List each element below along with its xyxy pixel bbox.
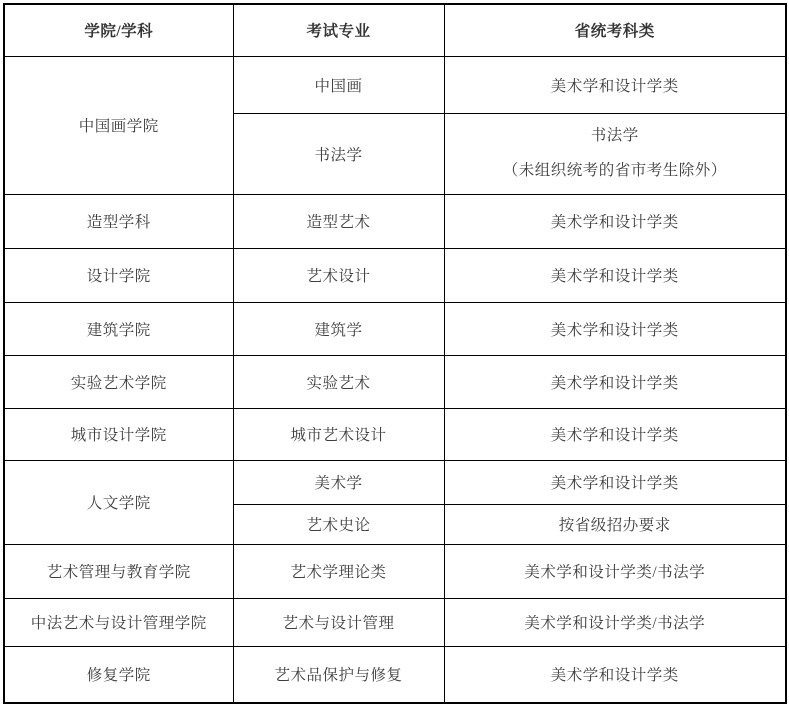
cell-college: 中国画学院 xyxy=(4,56,233,194)
cell-category: 美术学和设计学类 xyxy=(444,56,786,113)
table-row: 建筑学院 建筑学 美术学和设计学类 xyxy=(4,302,786,355)
cell-category: 美术学和设计学类 xyxy=(444,646,786,703)
cell-college: 人文学院 xyxy=(4,460,233,544)
table-row: 人文学院 美术学 美术学和设计学类 xyxy=(4,460,786,504)
category-line-2: （未组织统考的省市考生除外） xyxy=(451,160,780,182)
cell-major: 艺术与设计管理 xyxy=(233,598,444,646)
cell-category: 美术学和设计学类 xyxy=(444,248,786,302)
header-exam-major: 考试专业 xyxy=(233,4,444,56)
cell-major: 实验艺术 xyxy=(233,355,444,408)
header-row: 学院/学科 考试专业 省统考科类 xyxy=(4,4,786,56)
cell-category: 美术学和设计学类 xyxy=(444,302,786,355)
table-row: 中法艺术与设计管理学院 艺术与设计管理 美术学和设计学类/书法学 xyxy=(4,598,786,646)
table-row: 城市设计学院 城市艺术设计 美术学和设计学类 xyxy=(4,408,786,460)
table-row: 中国画学院 中国画 美术学和设计学类 xyxy=(4,56,786,113)
cell-major: 城市艺术设计 xyxy=(233,408,444,460)
cell-college: 艺术管理与教育学院 xyxy=(4,544,233,598)
table-row: 修复学院 艺术品保护与修复 美术学和设计学类 xyxy=(4,646,786,703)
cell-major: 建筑学 xyxy=(233,302,444,355)
cell-category: 美术学和设计学类/书法学 xyxy=(444,598,786,646)
header-college: 学院/学科 xyxy=(4,4,233,56)
cell-college: 设计学院 xyxy=(4,248,233,302)
cell-major: 美术学 xyxy=(233,460,444,504)
cell-major: 艺术设计 xyxy=(233,248,444,302)
category-line-1: 书法学 xyxy=(451,125,780,147)
cell-category: 美术学和设计学类 xyxy=(444,194,786,248)
cell-college: 中法艺术与设计管理学院 xyxy=(4,598,233,646)
cell-major: 书法学 xyxy=(233,113,444,194)
admission-category-table: 学院/学科 考试专业 省统考科类 中国画学院 中国画 美术学和设计学类 书法学 … xyxy=(3,3,787,704)
cell-category: 书法学 （未组织统考的省市考生除外） xyxy=(444,113,786,194)
cell-category: 按省级招办要求 xyxy=(444,504,786,544)
table-row: 造型学科 造型艺术 美术学和设计学类 xyxy=(4,194,786,248)
cell-category: 美术学和设计学类 xyxy=(444,408,786,460)
cell-category: 美术学和设计学类 xyxy=(444,460,786,504)
cell-college: 城市设计学院 xyxy=(4,408,233,460)
cell-college: 修复学院 xyxy=(4,646,233,703)
header-provincial-exam-category: 省统考科类 xyxy=(444,4,786,56)
cell-college: 造型学科 xyxy=(4,194,233,248)
document-page: 学院/学科 考试专业 省统考科类 中国画学院 中国画 美术学和设计学类 书法学 … xyxy=(0,0,789,719)
cell-major: 艺术史论 xyxy=(233,504,444,544)
table-row: 设计学院 艺术设计 美术学和设计学类 xyxy=(4,248,786,302)
cell-college: 实验艺术学院 xyxy=(4,355,233,408)
cell-major: 中国画 xyxy=(233,56,444,113)
cell-major: 艺术学理论类 xyxy=(233,544,444,598)
cell-college: 建筑学院 xyxy=(4,302,233,355)
cell-major: 造型艺术 xyxy=(233,194,444,248)
table-row: 实验艺术学院 实验艺术 美术学和设计学类 xyxy=(4,355,786,408)
cell-category: 美术学和设计学类 xyxy=(444,355,786,408)
cell-major: 艺术品保护与修复 xyxy=(233,646,444,703)
cell-category: 美术学和设计学类/书法学 xyxy=(444,544,786,598)
table-row: 艺术管理与教育学院 艺术学理论类 美术学和设计学类/书法学 xyxy=(4,544,786,598)
